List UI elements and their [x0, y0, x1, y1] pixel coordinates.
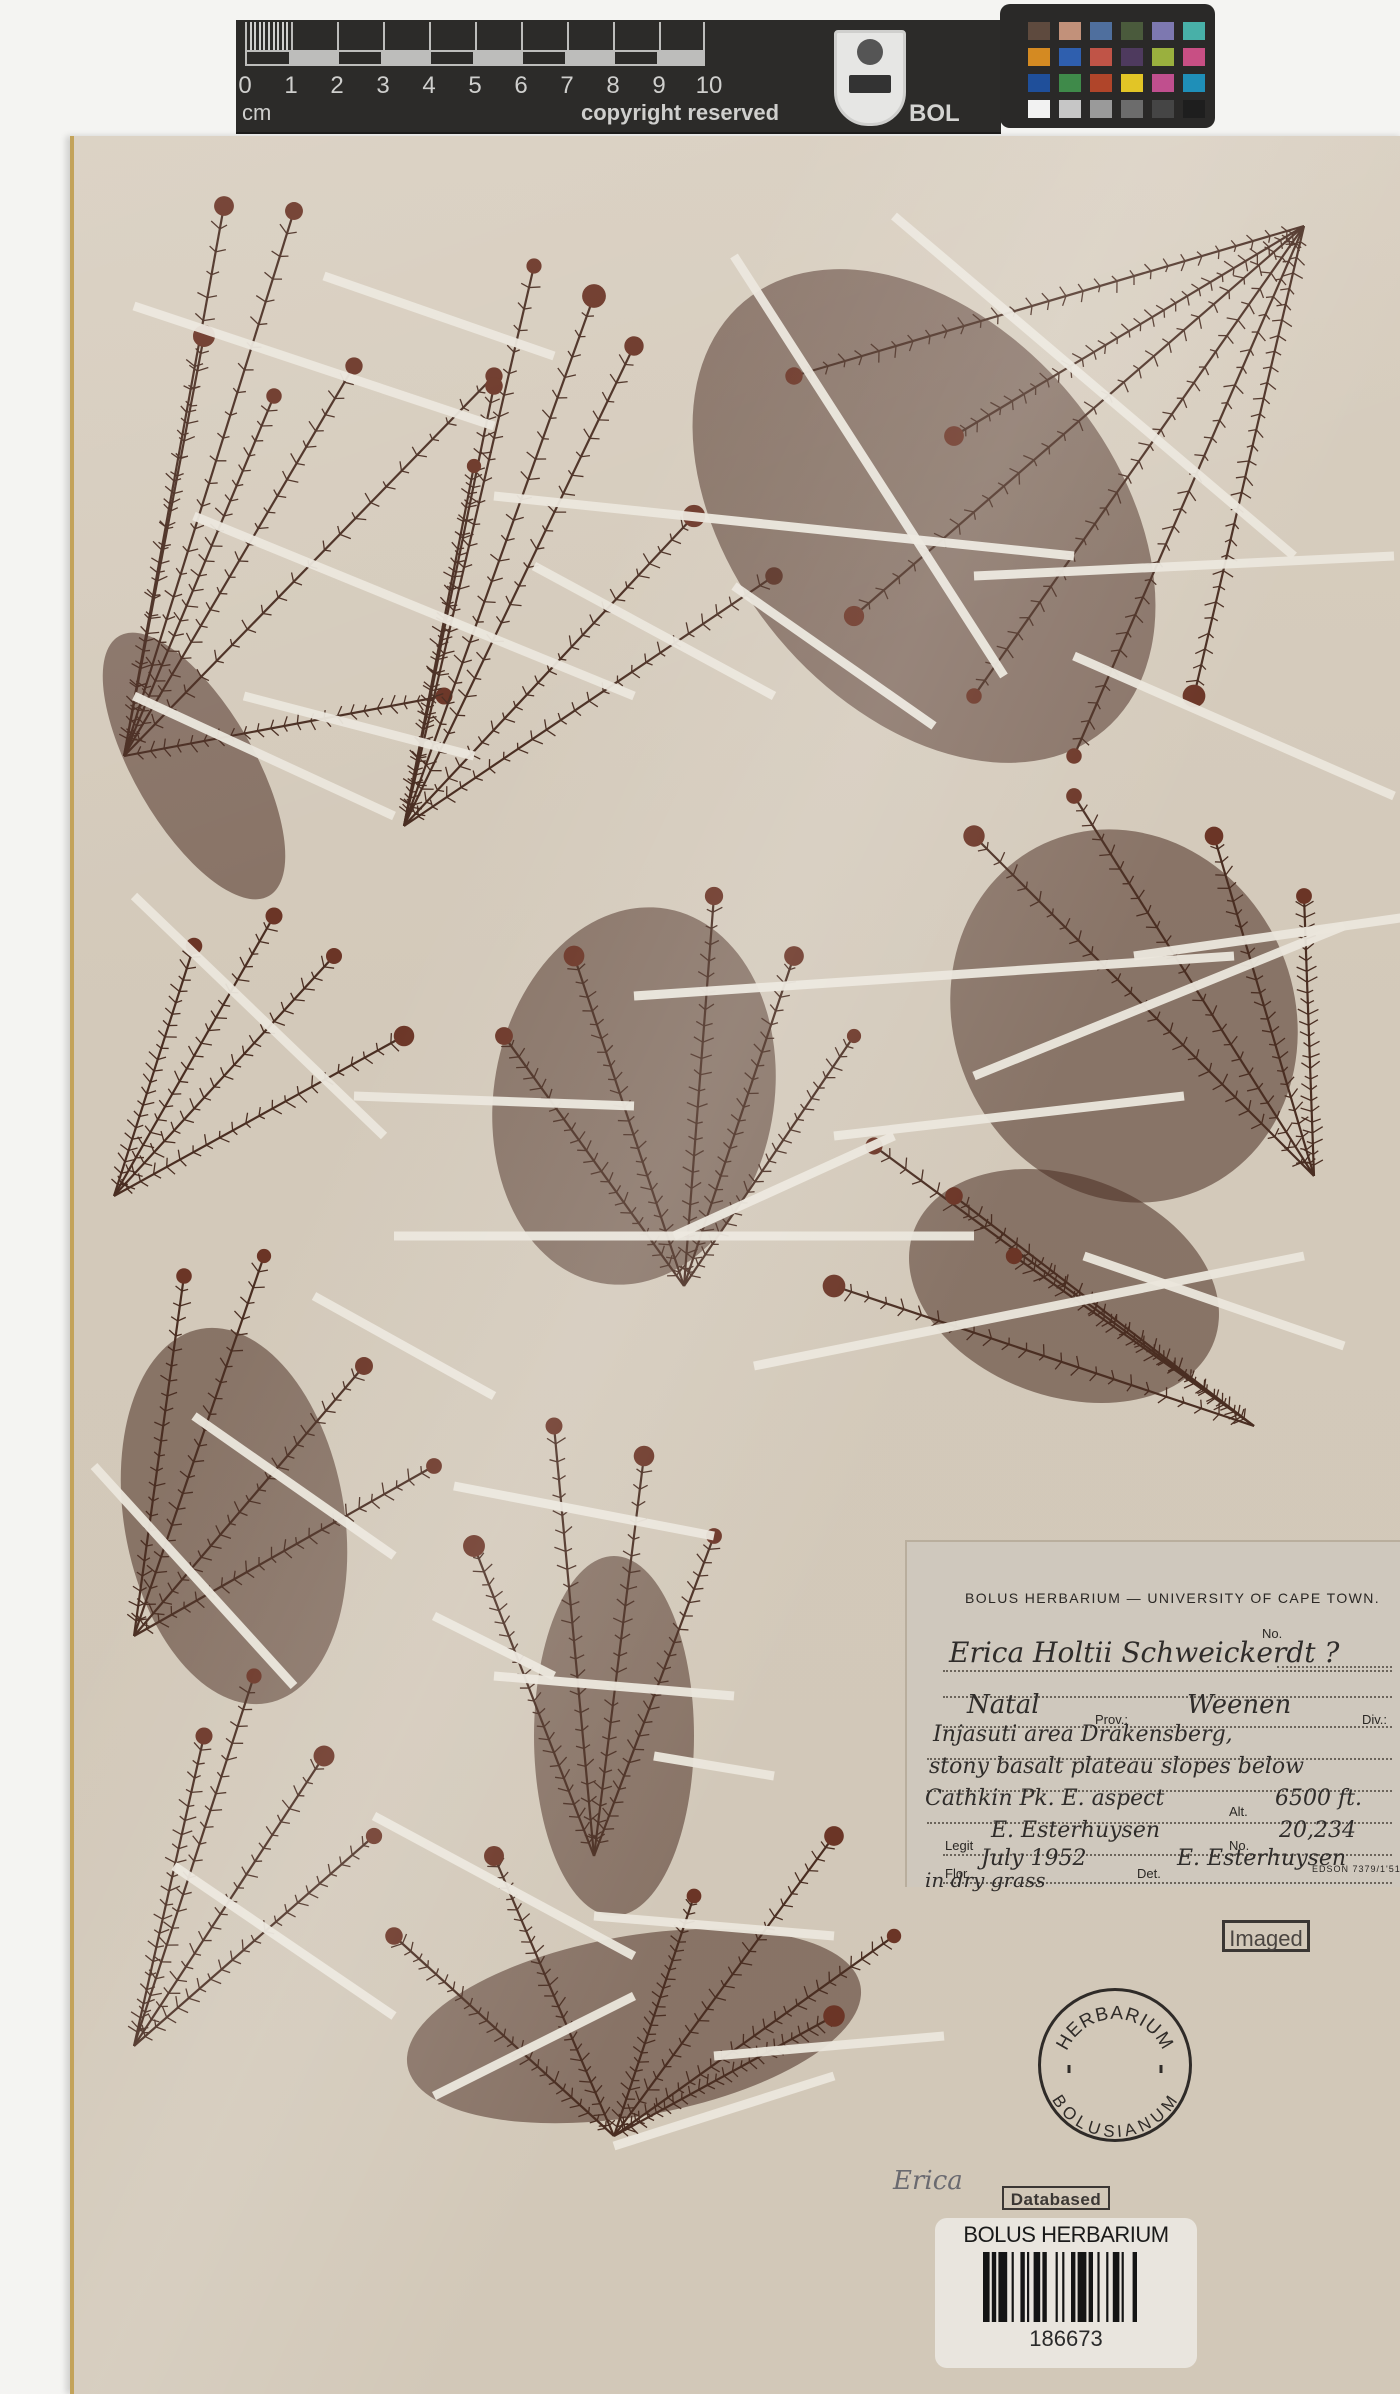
- color-swatch: [1152, 48, 1174, 66]
- ruler-tick-label: 0: [230, 72, 260, 100]
- color-swatch: [1183, 22, 1205, 40]
- color-swatch: [1028, 22, 1050, 40]
- taxon-name: Erica Holtii Schweickerdt ?: [949, 1636, 1339, 1669]
- collection-label: BOLUS HERBARIUM — UNIVERSITY OF CAPE TOW…: [905, 1540, 1400, 1887]
- handwritten-annotation: Erica: [893, 2166, 963, 2196]
- color-calibration-chart: [1000, 4, 1215, 128]
- copyright-notice: copyright reserved: [581, 100, 779, 126]
- determiner-label: Det.: [1137, 1866, 1161, 1881]
- ruler-scale-bar: [245, 22, 707, 66]
- lamp-icon: [857, 39, 883, 65]
- color-swatch: [1183, 100, 1205, 118]
- stamp-top-text: HERBARIUM: [1053, 2003, 1178, 2054]
- ruler-unit: cm: [242, 100, 271, 126]
- printer-mark: EDSON 7379/1'51: [1312, 1864, 1400, 1874]
- color-swatch: [1028, 74, 1050, 92]
- legit-label: Legit: [945, 1838, 973, 1853]
- color-swatch: [1059, 22, 1081, 40]
- ruler-tick-label: 3: [368, 72, 398, 100]
- herbarium-sheet: [70, 136, 1400, 2394]
- ruler-tick-label: 5: [460, 72, 490, 100]
- pressed-plant-specimens: [74, 136, 1400, 2394]
- book-icon: [849, 75, 891, 93]
- scale-ruler: 012345678910 cm copyright reserved BOL: [236, 20, 1001, 134]
- locality-line-3: Cathkin Pk. E. aspect: [925, 1786, 1164, 1811]
- ruler-tick-label: 10: [694, 72, 724, 100]
- databased-stamp: Databased: [1002, 2186, 1110, 2210]
- color-swatch: [1183, 48, 1205, 66]
- institution-code: BOL: [909, 100, 960, 128]
- color-swatch: [1152, 100, 1174, 118]
- color-swatch: [1059, 100, 1081, 118]
- color-swatch: [1028, 48, 1050, 66]
- barcode-label: BOLUS HERBARIUM 186673: [935, 2218, 1197, 2368]
- collector-number: 20,234: [1279, 1818, 1356, 1843]
- ruler-tick-label: 8: [598, 72, 628, 100]
- color-swatch: [1059, 48, 1081, 66]
- color-swatch: [1090, 100, 1112, 118]
- color-swatch: [1121, 48, 1143, 66]
- altitude-value: 6500 ft.: [1275, 1786, 1362, 1811]
- locality-line-2: stony basalt plateau slopes below: [929, 1754, 1304, 1779]
- barcode-icon: [983, 2252, 1159, 2322]
- color-swatch: [1183, 74, 1205, 92]
- division-value: Weenen: [1187, 1690, 1291, 1720]
- color-swatch: [1059, 74, 1081, 92]
- imaged-stamp: Imaged: [1222, 1920, 1310, 1952]
- barcode-number: 186673: [935, 2326, 1197, 2352]
- ruler-tick-label: 1: [276, 72, 306, 100]
- color-swatch: [1090, 74, 1112, 92]
- ruler-tick-label: 7: [552, 72, 582, 100]
- ruler-tick-label: 4: [414, 72, 444, 100]
- color-swatch: [1090, 22, 1112, 40]
- stamp-bottom-text: BOLUSIANUM: [1048, 2091, 1181, 2139]
- university-crest-icon: [834, 30, 906, 126]
- svg-text:BOLUSIANUM: BOLUSIANUM: [1048, 2091, 1181, 2139]
- collector-name: E. Esterhuysen: [991, 1818, 1160, 1843]
- color-swatch: [1121, 100, 1143, 118]
- division-label: Div.:: [1362, 1712, 1387, 1727]
- herbarium-bolusianum-stamp: HERBARIUM BOLUSIANUM: [1038, 1988, 1192, 2142]
- color-swatch: [1121, 22, 1143, 40]
- ruler-tick-label: 2: [322, 72, 352, 100]
- locality-line-1: Injasuti area Drakensberg,: [933, 1722, 1233, 1747]
- ruler-tick-label: 6: [506, 72, 536, 100]
- color-swatch: [1152, 74, 1174, 92]
- province-value: Natal: [967, 1690, 1040, 1720]
- color-swatch: [1121, 74, 1143, 92]
- habitat-note: in dry grass: [925, 1868, 1045, 1892]
- svg-text:HERBARIUM: HERBARIUM: [1053, 2003, 1178, 2054]
- color-swatch: [1090, 48, 1112, 66]
- altitude-label: Alt.: [1229, 1804, 1248, 1819]
- barcode-title: BOLUS HERBARIUM: [935, 2222, 1197, 2248]
- color-swatch: [1152, 22, 1174, 40]
- ruler-tick-label: 9: [644, 72, 674, 100]
- color-swatch: [1028, 100, 1050, 118]
- label-header: BOLUS HERBARIUM — UNIVERSITY OF CAPE TOW…: [965, 1590, 1380, 1606]
